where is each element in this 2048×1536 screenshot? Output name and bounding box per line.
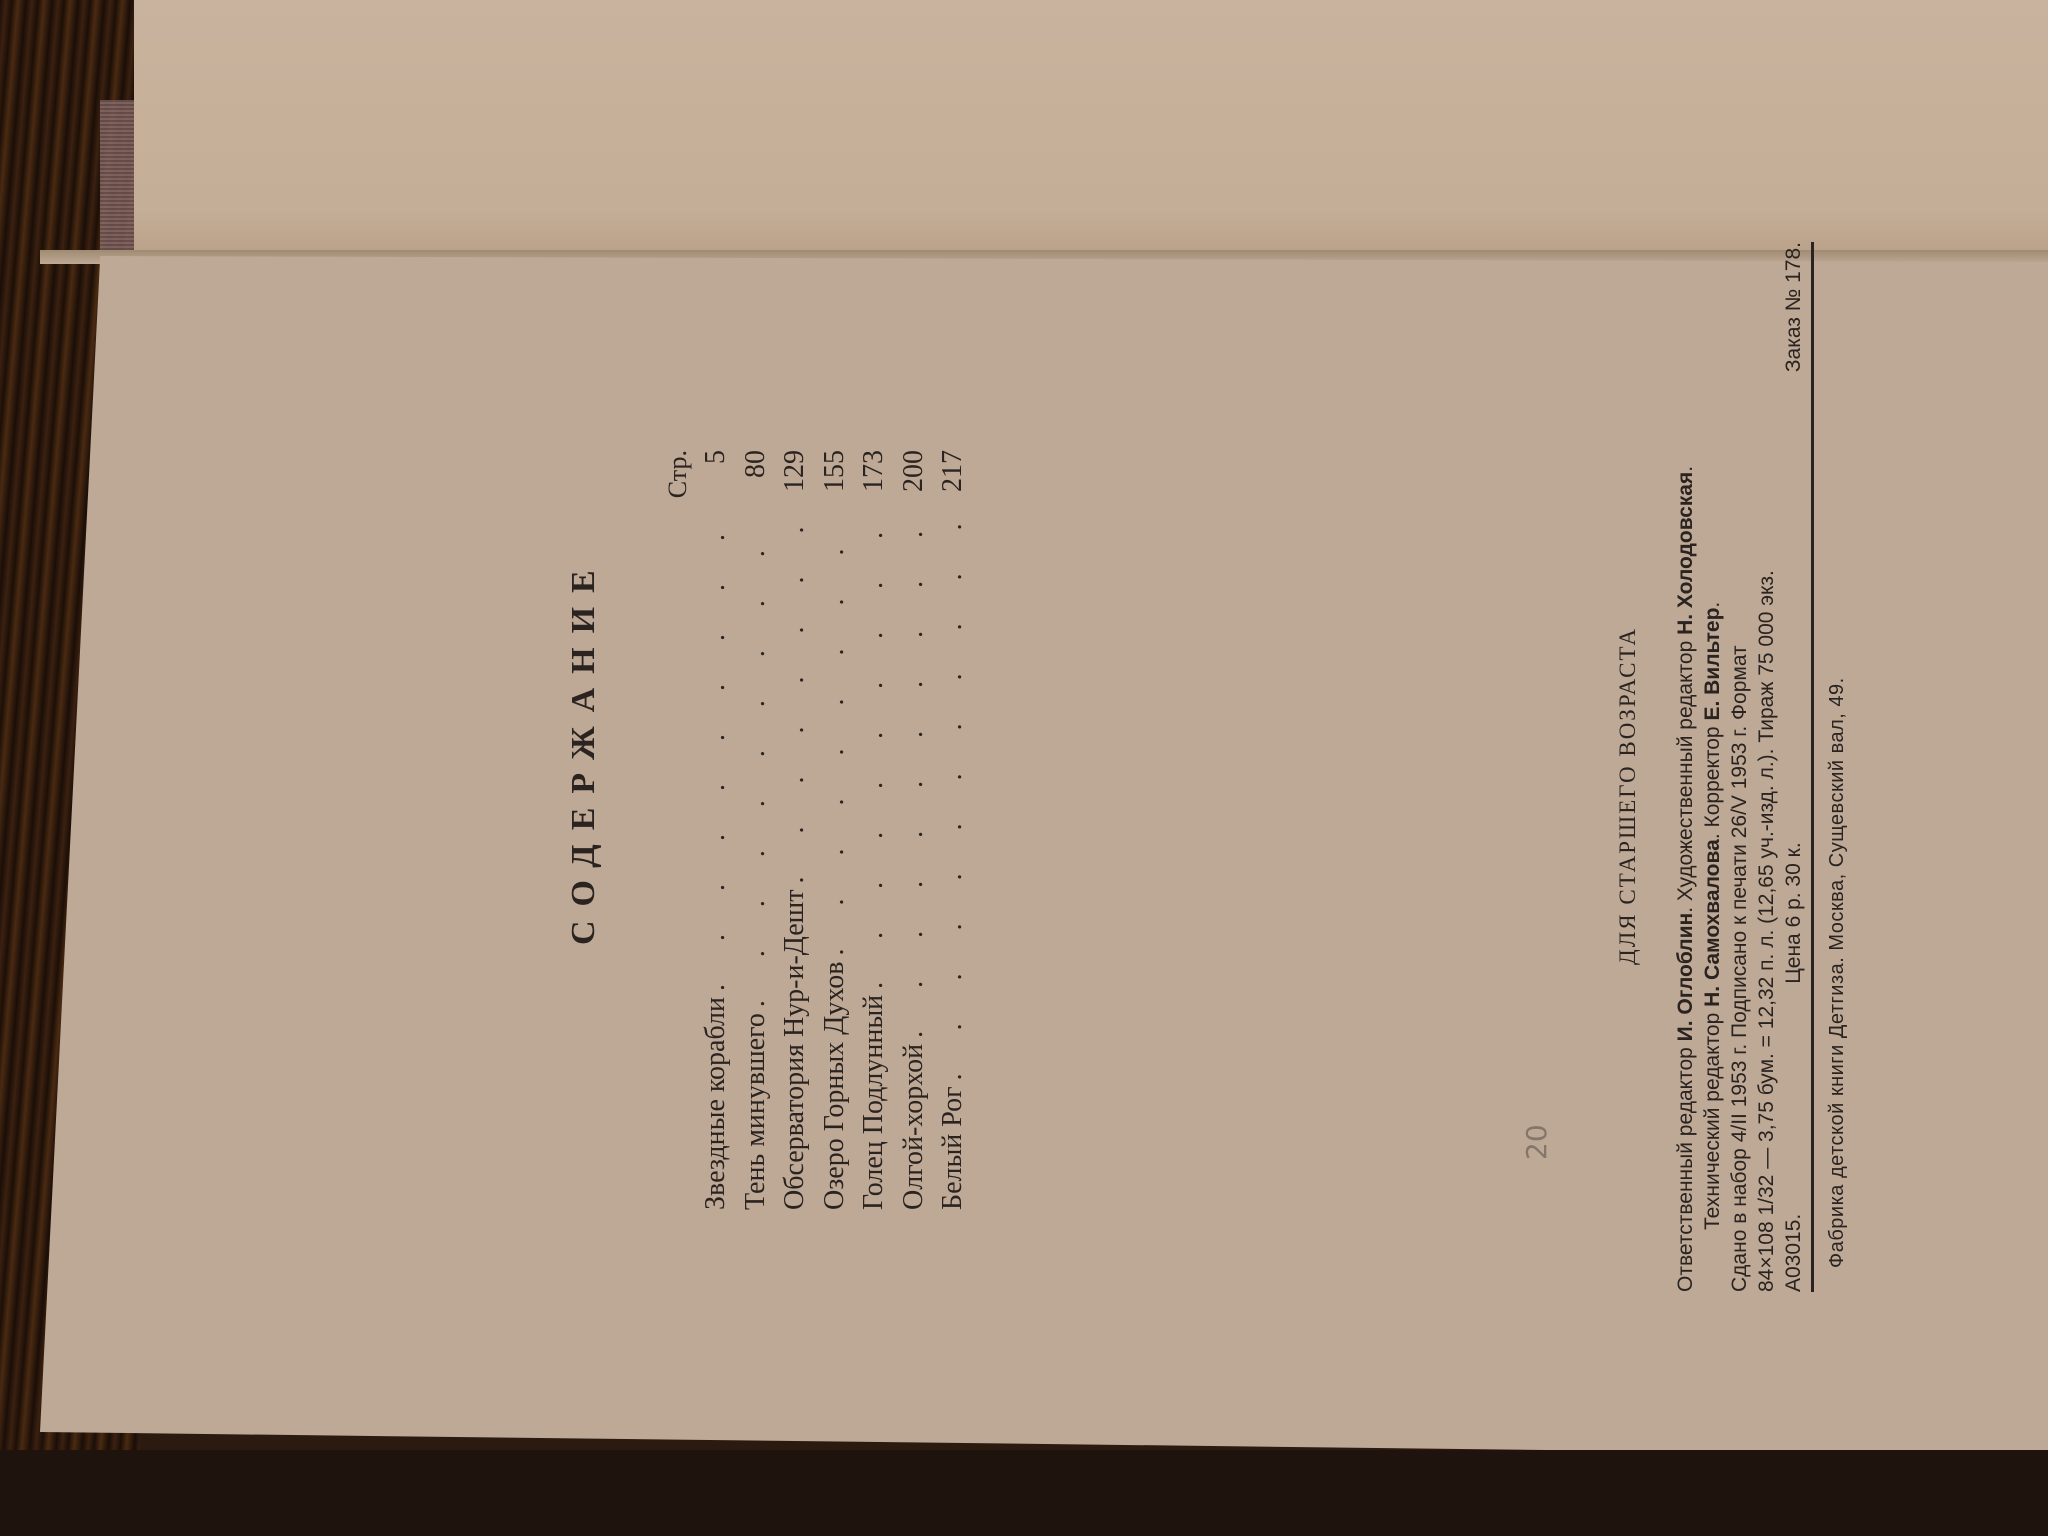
imprint-format-line: 84×108 1/32 — 3,75 бум. = 12,32 п. л. (1…: [1753, 242, 1780, 1292]
divider: [1811, 242, 1814, 1292]
art-editor-name: Н. Холодовская: [1674, 472, 1697, 635]
toc-entry-page: 5: [696, 450, 736, 506]
toc-entry-page: 129: [775, 450, 815, 506]
editor-name: И. Оглоблин: [1674, 913, 1697, 1042]
toc-entry-title: Обсерватория Нур-и-Дешт: [775, 890, 815, 1210]
order-number: Заказ № 178.: [1780, 242, 1807, 372]
toc-entry: Белый Рог . . . . . . . . . . . . . . . …: [933, 450, 973, 1210]
imprint-text: . Художественный редактор: [1674, 635, 1697, 913]
handwritten-mark: 20: [1520, 1124, 1553, 1160]
toc-title: СОДЕРЖАНИЕ: [565, 556, 603, 945]
toc-entry-title: Голец Подлунный: [854, 995, 894, 1210]
dot-leader: . . . . . . . . . . . . . . . . . . . . …: [894, 506, 934, 1044]
dot-leader: . . . . . . . . . . . . . . . . . . . . …: [854, 506, 894, 995]
toc-entry-title: Тень минувшего: [736, 1013, 776, 1210]
toc-entry-title: Олгой-хорхой: [894, 1044, 934, 1210]
toc-entry-title: Звездные корабли: [696, 997, 736, 1210]
imprint-tech-editor-line: Технический редактор Н. Самохвалова. Кор…: [1699, 242, 1726, 1292]
dot-leader: . . . . . . . . . . . . . . . . . . . . …: [696, 506, 736, 997]
toc-entry: Голец Подлунный . . . . . . . . . . . . …: [854, 450, 894, 1210]
imprint-text: . Корректор: [1701, 721, 1724, 840]
imprint-text: .: [1674, 466, 1697, 472]
imprint-text: Технический редактор: [1701, 1007, 1724, 1230]
facing-page: [134, 0, 2048, 262]
price: Цена 6 р. 30 к.: [1780, 842, 1807, 983]
license-number: А03015.: [1780, 1214, 1807, 1292]
imprint-editors-line: Ответственный редактор И. Оглоблин. Худо…: [1672, 242, 1699, 1292]
proofreader-name: Е. Вильтер: [1701, 608, 1724, 721]
toc-entry-page: 80: [736, 450, 776, 506]
imprint-text: .: [1701, 602, 1724, 608]
toc-entry: Обсерватория Нур-и-Дешт . . . . . . . . …: [775, 450, 815, 1210]
publication-imprint: Ответственный редактор И. Оглоблин. Худо…: [1672, 242, 1851, 1292]
toc-entry: Озеро Горных Духов . . . . . . . . . . .…: [815, 450, 855, 1210]
imprint-dates-line: Сдано в набор 4/II 1953 г. Подписано к п…: [1726, 242, 1753, 1292]
dot-leader: . . . . . . . . . . . . . . . . . . . . …: [736, 506, 776, 1013]
background-surface: [0, 1450, 2048, 1536]
toc-entry-page: 217: [933, 450, 973, 506]
toc-entry-page: 200: [894, 450, 934, 506]
toc-entry: Звездные корабли . . . . . . . . . . . .…: [696, 450, 736, 1210]
page-column-header: Стр.: [660, 450, 696, 1210]
dot-leader: . . . . . . . . . . . . . . . . . . . . …: [933, 506, 973, 1086]
imprint-text: Ответственный редактор: [1674, 1041, 1697, 1292]
dot-leader: . . . . . . . . . . . . . . . . . . . . …: [815, 506, 855, 962]
tech-editor-name: Н. Самохвалова: [1701, 839, 1724, 1007]
toc-entry-title: Озеро Горных Духов: [815, 962, 855, 1211]
toc-entry: Олгой-хорхой . . . . . . . . . . . . . .…: [894, 450, 934, 1210]
table-of-contents: Стр. Звездные корабли . . . . . . . . . …: [660, 450, 973, 1210]
printer-line: Фабрика детской книги Детгиза. Москва, С…: [1824, 242, 1851, 1292]
toc-entry-page: 173: [854, 450, 894, 506]
audience-label: ДЛЯ СТАРШЕГО ВОЗРАСТА: [1615, 627, 1641, 965]
imprint-price-line: А03015. Цена 6 р. 30 к. Заказ № 178.: [1780, 242, 1807, 1292]
toc-entry-title: Белый Рог: [933, 1086, 973, 1210]
toc-entry: Тень минувшего . . . . . . . . . . . . .…: [736, 450, 776, 1210]
toc-entry-page: 155: [815, 450, 855, 506]
dot-leader: . . . . . . . . . . . . . . . . . . . . …: [775, 506, 815, 890]
